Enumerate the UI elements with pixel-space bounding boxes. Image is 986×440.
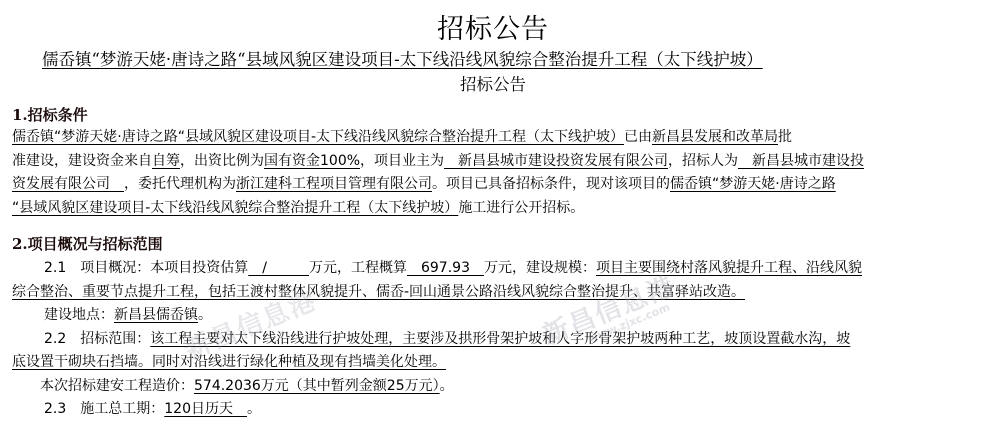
filled-field: 自筹: [152, 153, 180, 169]
body-text: 万元，建设规模：: [484, 260, 596, 276]
body-text: 。: [440, 378, 454, 394]
text-line: 2.3 施工总工期：120日历天 。: [12, 398, 976, 422]
filled-field: 底设置干砌块石挡墙。同时对沿线进行绿化种植及现有挡墙美化处理。: [12, 354, 446, 370]
filled-field: 新昌县发展和改革局: [652, 129, 778, 145]
filled-field: 浙江建科工程项目管理有限公司: [236, 176, 432, 192]
body-text: ，招标人为: [668, 153, 738, 169]
body-text: 批: [778, 129, 792, 145]
filled-field: 新昌县儒岙镇: [114, 307, 198, 323]
filled-field: 儒岙镇“梦游天姥·唐诗之路: [670, 176, 836, 192]
body-text: ，委托代理机构为: [124, 176, 236, 192]
body-text: ，出资比例为: [180, 153, 264, 169]
text-line: “县域风貌区建设项目-太下线沿线风貌综合整治提升工程（太下线护坡）施工进行公开招…: [12, 197, 976, 221]
text-line: 建设地点：新昌县儒岙镇。: [12, 304, 976, 328]
body-text: 本次招标建安工程造价：: [40, 378, 194, 394]
text-line: 准建设，建设资金来自自筹，出资比例为国有资金100%，项目业主为 新昌县城市建设…: [12, 150, 976, 174]
body-text: 。: [198, 307, 212, 323]
filled-field: 项目主要围绕村落风貌提升工程、沿线风貌: [596, 260, 862, 276]
section-heading-bidding-conditions: 1.招标条件: [12, 105, 88, 125]
filled-field: 574.2036万元（其中暂列金额25万元）: [194, 378, 440, 394]
filled-field: /: [248, 260, 309, 276]
body-text: 已由: [624, 129, 652, 145]
section-body-project-overview: 2.1 项目概况：本项目投资估算 / 万元，工程概算 697.93 万元，建设规…: [12, 257, 976, 422]
body-text: ，项目业主为: [360, 153, 444, 169]
body-text: 2.3 施工总工期：: [44, 401, 164, 417]
body-text: 2.2 招标范围：: [44, 331, 150, 347]
filled-field: “县域风貌区建设项目-太下线沿线风貌综合整治提升工程（太下线护坡）: [12, 200, 458, 216]
page-title: 招标公告: [0, 14, 986, 46]
filled-field: 新昌县城市建设投资发展有限公司: [444, 153, 668, 169]
section-body-bidding-conditions: 儒岙镇“梦游天姥·唐诗之路“县域风貌区建设项目-太下线沿线风貌综合整治提升工程（…: [12, 126, 976, 220]
body-text: 万元，工程概算: [309, 260, 407, 276]
notice-subtitle: 招标公告: [0, 74, 986, 96]
body-text: 。: [247, 401, 261, 417]
filled-field: 国有资金100%: [264, 153, 360, 169]
body-text: 建设地点：: [44, 307, 114, 323]
text-line: 综合整治、重要节点提升工程，包括王渡村整体风貌提升、儒岙-回山通景公路沿线风貌综…: [12, 281, 976, 305]
text-line: 2.1 项目概况：本项目投资估算 / 万元，工程概算 697.93 万元，建设规…: [12, 257, 976, 281]
body-text: 2.1 项目概况：本项目投资估算: [44, 260, 248, 276]
filled-field: 综合整治、重要节点提升工程，包括王渡村整体风貌提升、儒岙-回山通景公路沿线风貌综…: [12, 284, 745, 300]
filled-field: 697.93: [407, 260, 484, 276]
body-text: 。项目已具备招标条件，现对该项目的: [432, 176, 670, 192]
text-line: 本次招标建安工程造价：574.2036万元（其中暂列金额25万元）。: [12, 375, 976, 399]
filled-field: 该工程主要对太下线沿线进行护坡处理，主要涉及拱形骨架护坡和人字形骨架护坡两种工艺…: [150, 331, 850, 347]
text-line: 儒岙镇“梦游天姥·唐诗之路“县域风貌区建设项目-太下线沿线风貌综合整治提升工程（…: [12, 126, 976, 150]
filled-field: 新昌县城市建设投: [738, 153, 864, 169]
text-line: 2.2 招标范围：该工程主要对太下线沿线进行护坡处理，主要涉及拱形骨架护坡和人字…: [12, 328, 976, 352]
body-text: 准建设，建设资金来自: [12, 153, 152, 169]
section-heading-project-overview: 2.项目概况与招标范围: [12, 234, 163, 254]
filled-field: 儒岙镇“梦游天姥·唐诗之路“县域风貌区建设项目-太下线沿线风貌综合整治提升工程（…: [12, 129, 624, 145]
filled-field: 资发展有限公司: [12, 176, 124, 192]
project-title-text: 儒岙镇“梦游天姥·唐诗之路“县域风貌区建设项目-太下线沿线风貌综合整治提升工程（…: [42, 50, 763, 69]
text-line: 资发展有限公司 ，委托代理机构为浙江建科工程项目管理有限公司。项目已具备招标条件…: [12, 173, 976, 197]
filled-field: 120日历天: [164, 401, 247, 417]
project-title: 儒岙镇“梦游天姥·唐诗之路“县域风貌区建设项目-太下线沿线风貌综合整治提升工程（…: [42, 49, 787, 71]
body-text: 施工进行公开招标。: [458, 200, 584, 216]
text-line: 底设置干砌块石挡墙。同时对沿线进行绿化种植及现有挡墙美化处理。: [12, 351, 976, 375]
